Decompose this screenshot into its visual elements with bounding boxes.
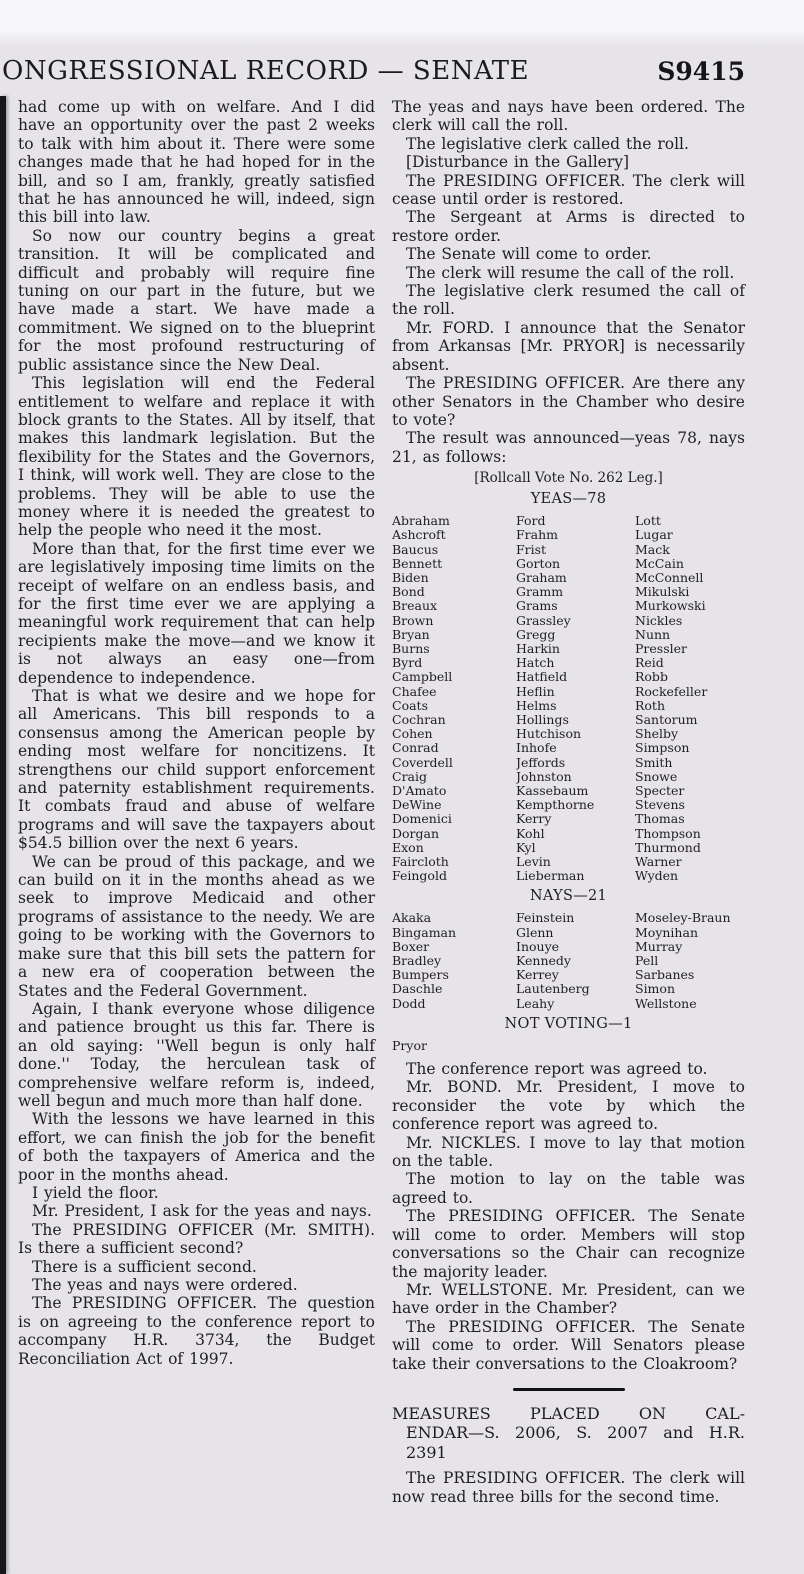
senator-name: Bumpers [392, 968, 516, 982]
not-voting-heading: NOT VOTING—1 [392, 1016, 745, 1033]
senator-name: Campbell [392, 670, 516, 684]
senator-name: Bingaman [392, 926, 516, 940]
senator-name: Smith [635, 756, 745, 770]
paragraph: Mr. FORD. I announce that the Senator fr… [392, 319, 745, 374]
senator-name: Kerry [516, 812, 635, 826]
paragraph: The PRESIDING OFFICER. The Senate will c… [392, 1318, 745, 1373]
senator-name: Johnston [516, 770, 635, 784]
senator-name: McCain [635, 557, 745, 571]
senator-name: Leahy [516, 997, 635, 1011]
senator-name: Dorgan [392, 827, 516, 841]
yeas-column-1: AbrahamAshcroftBaucusBennettBidenBondBre… [392, 514, 516, 883]
senator-name: Hatch [516, 656, 635, 670]
senator-name: Inhofe [516, 741, 635, 755]
senator-name: Kennedy [516, 954, 635, 968]
paragraph: I yield the floor. [18, 1184, 375, 1202]
senator-name: Murkowski [635, 599, 745, 613]
senator-name: Breaux [392, 599, 516, 613]
paragraph: So now our country begins a great transi… [18, 227, 375, 374]
measures-placed-heading: MEASURES PLACED ON CAL- ENDAR—S. 2006, S… [392, 1404, 745, 1463]
senator-name: Hatfield [516, 670, 635, 684]
senator-name: Kempthorne [516, 798, 635, 812]
senator-name: Warner [635, 855, 745, 869]
senator-name: Brown [392, 614, 516, 628]
senator-name: Wellstone [635, 997, 745, 1011]
yeas-column-2: FordFrahmFristGortonGrahamGrammGramsGras… [516, 514, 635, 883]
paragraph: The legislative clerk called the roll. [392, 135, 745, 153]
paragraph: The PRESIDING OFFICER (Mr. SMITH). Is th… [18, 1221, 375, 1258]
senator-name: Inouye [516, 940, 635, 954]
senator-name: Simon [635, 982, 745, 996]
section-divider [513, 1388, 625, 1391]
left-column: had come up with on welfare. And I did h… [18, 98, 375, 1368]
rollcall-caption: [Rollcall Vote No. 262 Leg.] [392, 470, 745, 486]
senator-name: Roth [635, 699, 745, 713]
paragraph: There is a sufficient second. [18, 1258, 375, 1276]
paragraph: The result was announced—yeas 78, nays 2… [392, 429, 745, 466]
senator-name: Hutchison [516, 727, 635, 741]
senator-name: Gregg [516, 628, 635, 642]
right-column-paragraphs-after-vote: The conference report was agreed to.Mr. … [392, 1060, 745, 1373]
paragraph: Mr. WELLSTONE. Mr. President, can we hav… [392, 1281, 745, 1318]
senator-name: Levin [516, 855, 635, 869]
heading-line: 2391 [392, 1443, 745, 1463]
senator-name: Dodd [392, 997, 516, 1011]
nays-column-3: Moseley-BraunMoynihanMurrayPellSarbanesS… [635, 911, 745, 1010]
senator-name: Pressler [635, 642, 745, 656]
senator-name: Gramm [516, 585, 635, 599]
senator-name: Lott [635, 514, 745, 528]
senator-name: Heflin [516, 685, 635, 699]
senator-name: Akaka [392, 911, 516, 925]
senator-name: Bennett [392, 557, 516, 571]
paragraph: The PRESIDING OFFICER. The clerk will ce… [392, 172, 745, 209]
senator-name: Hollings [516, 713, 635, 727]
senator-name: Kyl [516, 841, 635, 855]
paragraph: The yeas and nays were ordered. [18, 1276, 375, 1294]
senator-name: Kerrey [516, 968, 635, 982]
senator-name: Feingold [392, 869, 516, 883]
paragraph: We can be proud of this package, and we … [18, 853, 375, 1000]
senator-name: Lugar [635, 528, 745, 542]
page-number: S9415 [657, 57, 745, 86]
paragraph: The legislative clerk resumed the call o… [392, 282, 745, 319]
senator-name: Lieberman [516, 869, 635, 883]
paragraph: The PRESIDING OFFICER. The Senate will c… [392, 1207, 745, 1281]
congressional-record-page: ONGRESSIONAL RECORD — SENATE S9415 had c… [0, 0, 804, 1574]
senator-name: Glenn [516, 926, 635, 940]
senator-name: Santorum [635, 713, 745, 727]
heading-line: MEASURES PLACED ON CAL- [392, 1404, 745, 1424]
senator-name: Simpson [635, 741, 745, 755]
senator-name: Pell [635, 954, 745, 968]
scan-edge [0, 96, 6, 1574]
senator-name: Moseley-Braun [635, 911, 745, 925]
senator-name: Mack [635, 543, 745, 557]
senator-name: Chafee [392, 685, 516, 699]
senator-name: Snowe [635, 770, 745, 784]
senator-name: Frist [516, 543, 635, 557]
scan-top-band [0, 0, 804, 46]
senator-name: Cohen [392, 727, 516, 741]
senator-name: DeWine [392, 798, 516, 812]
paragraph: Again, I thank everyone whose diligence … [18, 1000, 375, 1110]
senator-name: Coverdell [392, 756, 516, 770]
yeas-heading: YEAS—78 [392, 491, 745, 508]
nays-column-1: AkakaBingamanBoxerBradleyBumpersDaschleD… [392, 911, 516, 1010]
senator-name: Boxer [392, 940, 516, 954]
paragraph: The yeas and nays have been ordered. The… [392, 98, 745, 135]
senator-name: Reid [635, 656, 745, 670]
paragraph: The clerk will resume the call of the ro… [392, 264, 745, 282]
not-voting-list: Pryor [392, 1039, 745, 1053]
senator-name: Baucus [392, 543, 516, 557]
paragraph: The PRESIDING OFFICER. The question is o… [18, 1294, 375, 1368]
senator-name: Grams [516, 599, 635, 613]
senator-name: Biden [392, 571, 516, 585]
senator-name: Coats [392, 699, 516, 713]
paragraph: [Disturbance in the Gallery] [392, 153, 745, 171]
page-header: ONGRESSIONAL RECORD — SENATE S9415 [0, 56, 804, 92]
senator-name: Ford [516, 514, 635, 528]
senator-name: Gorton [516, 557, 635, 571]
yeas-list: AbrahamAshcroftBaucusBennettBidenBondBre… [392, 514, 745, 883]
paragraph: Mr. NICKLES. I move to lay that motion o… [392, 1134, 745, 1171]
senator-name: Domenici [392, 812, 516, 826]
senator-name: Specter [635, 784, 745, 798]
senator-name: Ashcroft [392, 528, 516, 542]
senator-name: Burns [392, 642, 516, 656]
senator-name: Graham [516, 571, 635, 585]
senator-name: Pryor [392, 1039, 745, 1053]
senator-name: Cochran [392, 713, 516, 727]
senator-name: Bond [392, 585, 516, 599]
senator-name: Wyden [635, 869, 745, 883]
two-column-body: had come up with on welfare. And I did h… [18, 98, 745, 1506]
senator-name: Bradley [392, 954, 516, 968]
senator-name: Lautenberg [516, 982, 635, 996]
paragraph: With the lessons we have learned in this… [18, 1110, 375, 1184]
paragraph: had come up with on welfare. And I did h… [18, 98, 375, 227]
nays-column-2: FeinsteinGlennInouyeKennedyKerreyLautenb… [516, 911, 635, 1010]
senator-name: Abraham [392, 514, 516, 528]
senator-name: Faircloth [392, 855, 516, 869]
senator-name: Sarbanes [635, 968, 745, 982]
senator-name: Harkin [516, 642, 635, 656]
paragraph: That is what we desire and we hope for a… [18, 687, 375, 853]
paragraph: The Sergeant at Arms is directed to rest… [392, 208, 745, 245]
senator-name: Nickles [635, 614, 745, 628]
right-column: The yeas and nays have been ordered. The… [392, 98, 745, 1506]
senator-name: Thomas [635, 812, 745, 826]
yeas-column-3: LottLugarMackMcCainMcConnellMikulskiMurk… [635, 514, 745, 883]
senator-name: Murray [635, 940, 745, 954]
senator-name: Exon [392, 841, 516, 855]
paragraph: This legislation will end the Federal en… [18, 374, 375, 540]
masthead-title: ONGRESSIONAL RECORD — SENATE [2, 56, 529, 86]
paragraph: The conference report was agreed to. [392, 1060, 745, 1078]
heading-line: ENDAR—S. 2006, S. 2007 and H.R. [392, 1423, 745, 1443]
paragraph: The motion to lay on the table was agree… [392, 1170, 745, 1207]
paragraph: Mr. President, I ask for the yeas and na… [18, 1202, 375, 1220]
senator-name: Rockefeller [635, 685, 745, 699]
senator-name: Helms [516, 699, 635, 713]
senator-name: Bryan [392, 628, 516, 642]
senator-name: Nunn [635, 628, 745, 642]
senator-name: Shelby [635, 727, 745, 741]
senator-name: Mikulski [635, 585, 745, 599]
senator-name: Frahm [516, 528, 635, 542]
paragraph: More than that, for the first time ever … [18, 540, 375, 687]
paragraph: The PRESIDING OFFICER. Are there any oth… [392, 374, 745, 429]
right-column-paragraphs-before-vote: The yeas and nays have been ordered. The… [392, 98, 745, 466]
senator-name: Craig [392, 770, 516, 784]
senator-name: Stevens [635, 798, 745, 812]
paragraph: The PRESIDING OFFICER. The clerk will no… [392, 1469, 745, 1506]
senator-name: Robb [635, 670, 745, 684]
paragraph: The Senate will come to order. [392, 245, 745, 263]
nays-heading: NAYS—21 [392, 888, 745, 905]
senator-name: Conrad [392, 741, 516, 755]
senator-name: Byrd [392, 656, 516, 670]
senator-name: Kohl [516, 827, 635, 841]
senator-name: Thompson [635, 827, 745, 841]
senator-name: Thurmond [635, 841, 745, 855]
senator-name: D'Amato [392, 784, 516, 798]
paragraph: Mr. BOND. Mr. President, I move to recon… [392, 1078, 745, 1133]
senator-name: Daschle [392, 982, 516, 996]
senator-name: Kassebaum [516, 784, 635, 798]
senator-name: McConnell [635, 571, 745, 585]
senator-name: Jeffords [516, 756, 635, 770]
nays-list: AkakaBingamanBoxerBradleyBumpersDaschleD… [392, 911, 745, 1010]
senator-name: Grassley [516, 614, 635, 628]
senator-name: Feinstein [516, 911, 635, 925]
senator-name: Moynihan [635, 926, 745, 940]
